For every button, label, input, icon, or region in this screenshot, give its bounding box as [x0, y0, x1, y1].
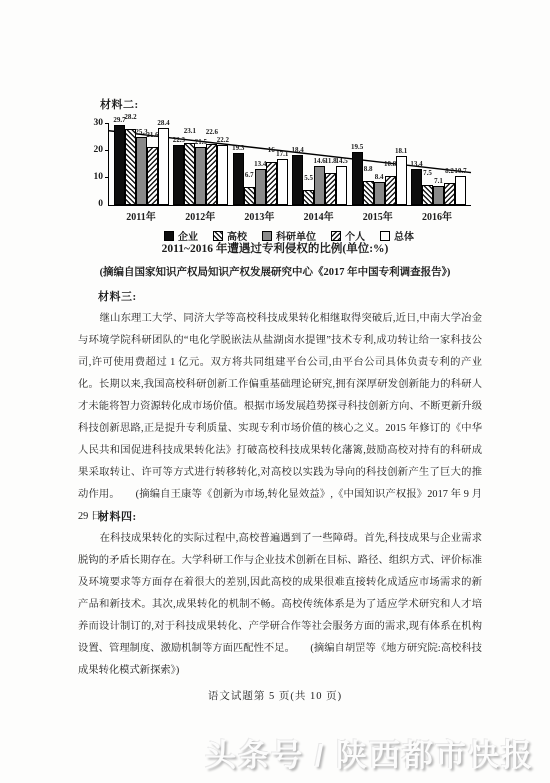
bar-value-label: 28.4 [157, 120, 169, 127]
bar-个人-2011年: 21.6 [147, 147, 158, 205]
bar-高校-2013年: 6.7 [244, 187, 255, 205]
x-axis-labels: 2011年2012年2013年2014年2015年2016年 [108, 208, 470, 223]
bar-value-label: 7.5 [423, 170, 432, 177]
material-2-section: 材料二: 010203029.728.225.321.628.422.323.1… [80, 96, 484, 243]
bar-group-2016年: 13.47.57.18.210.7 [411, 124, 466, 205]
bar-value-label: 14.5 [336, 158, 348, 165]
material-4-section: 材料四: 在科技成果转化的实际过程中,高校普遍遇到了一些障碍。首先,科技成果与企… [78, 506, 482, 682]
legend-swatch-企业 [164, 231, 174, 241]
bar-总体-2016年: 10.7 [455, 176, 466, 205]
bar-科研单位-2013年: 13.4 [255, 169, 266, 205]
bar-value-label: 6.7 [245, 172, 254, 179]
chart-source: (摘编自国家知识产权局知识产权发展研究中心《2017 年中国专利调查报告》) [0, 264, 550, 279]
bar-group-2013年: 19.36.713.41617.1 [233, 124, 288, 205]
bar-高校-2014年: 5.5 [303, 190, 314, 205]
material-3-paragraph: 继山东理工大学、同济大学等高校科技成果转化相继取得突破后,近日,中南大学冶金与环… [78, 308, 482, 528]
x-axis-label-2015年: 2015年 [350, 208, 406, 223]
bar-企业-2014年: 18.4 [292, 155, 303, 205]
bar-group-2011年: 29.728.225.321.628.4 [114, 124, 169, 205]
bar-value-label: 8.4 [375, 174, 384, 181]
chart-title: 2011~2016 年遭遇过专利侵权的比例(单位:%) [0, 240, 550, 256]
bar-value-label: 28.2 [124, 114, 136, 121]
x-axis-label-2014年: 2014年 [291, 208, 347, 223]
material-3-label: 材料三: [98, 286, 482, 308]
bar-个人-2013年: 16 [266, 162, 277, 205]
bar-总体-2015年: 18.1 [396, 156, 407, 205]
bar-group-2015年: 19.58.88.410.818.1 [352, 124, 407, 205]
bar-高校-2016年: 7.5 [422, 185, 433, 205]
bar-value-label: 23.1 [184, 128, 196, 135]
bar-科研单位-2015年: 8.4 [374, 182, 385, 205]
y-axis-tick-mark [105, 123, 109, 124]
material-2-label: 材料二: [100, 96, 484, 112]
bar-总体-2014年: 14.5 [336, 166, 347, 205]
bar-value-label: 21.6 [146, 132, 158, 139]
bar-value-label: 19.5 [351, 144, 363, 151]
material-3-text: 继山东理工大学、同济大学等高校科技成果转化相继取得突破后,近日,中南大学冶金与环… [78, 313, 482, 500]
bar-value-label: 21.5 [195, 139, 207, 146]
bar-value-label: 7.1 [434, 178, 443, 185]
watermark-text: 头条号 / 陕西都市快报 [205, 730, 534, 775]
legend-swatch-科研单位 [262, 231, 272, 241]
legend-swatch-高校 [213, 231, 223, 241]
bar-group-2014年: 18.45.514.611.814.5 [292, 124, 347, 205]
bar-总体-2012年: 22.2 [217, 145, 228, 205]
bar-value-label: 8.8 [364, 166, 373, 173]
bar-总体-2011年: 28.4 [158, 128, 169, 205]
x-axis-label-2013年: 2013年 [231, 208, 287, 223]
x-axis-label-2011年: 2011年 [113, 208, 169, 223]
bar-高校-2011年: 28.2 [125, 129, 136, 205]
bar-value-label: 8.2 [445, 168, 454, 175]
x-axis-label-2016年: 2016年 [409, 208, 465, 223]
y-axis-tick-mark [105, 177, 109, 178]
bar-value-label: 13.4 [254, 161, 266, 168]
bar-value-label: 5.5 [304, 175, 313, 182]
y-axis-tick-mark [105, 150, 109, 151]
bar-个人-2015年: 10.8 [385, 176, 396, 205]
bar-value-label: 13.4 [410, 161, 422, 168]
bar-group-2012年: 22.323.121.522.622.2 [173, 124, 228, 205]
page-footer: 语文试题第 5 页(共 10 页) [0, 688, 550, 703]
material-3-section: 材料三: 继山东理工大学、同济大学等高校科技成果转化相继取得突破后,近日,中南大… [78, 286, 482, 528]
material-4-text: 在科技成果转化的实际过程中,高校普遍遇到了一些障碍。首先,科技成果与企业需求脱钩… [78, 533, 482, 654]
y-axis-tick: 20 [85, 146, 103, 156]
bar-高校-2012年: 23.1 [184, 143, 195, 205]
bar-科研单位-2014年: 14.6 [314, 166, 325, 205]
x-axis-label-2012年: 2012年 [172, 208, 228, 223]
bar-总体-2013年: 17.1 [277, 159, 288, 205]
bar-value-label: 22.6 [206, 129, 218, 136]
bar-value-label: 18.1 [395, 148, 407, 155]
bar-企业-2012年: 22.3 [173, 145, 184, 205]
bar-value-label: 22.3 [173, 137, 185, 144]
bar-value-label: 22.2 [217, 137, 229, 144]
legend-swatch-个人 [331, 231, 341, 241]
bar-value-label: 10.7 [454, 168, 466, 175]
bar-企业-2013年: 19.3 [233, 153, 244, 205]
bar-value-label: 18.4 [292, 147, 304, 154]
material-4-label: 材料四: [98, 506, 482, 528]
bar-科研单位-2012年: 21.5 [195, 147, 206, 205]
bar-企业-2015年: 19.5 [352, 152, 363, 205]
bar-个人-2012年: 22.6 [206, 144, 217, 205]
bar-企业-2011年: 29.7 [114, 125, 125, 205]
bar-value-label: 10.8 [384, 161, 396, 168]
bar-科研单位-2011年: 25.3 [136, 137, 147, 205]
bar-科研单位-2016年: 7.1 [433, 186, 444, 205]
exam-page: 材料二: 010203029.728.225.321.628.422.323.1… [0, 0, 550, 783]
material-4-paragraph: 在科技成果转化的实际过程中,高校普遍遇到了一些障碍。首先,科技成果与企业需求脱钩… [78, 528, 482, 682]
bar-value-label: 17.1 [276, 151, 288, 158]
bar-个人-2014年: 11.8 [325, 173, 336, 205]
bar-企业-2016年: 13.4 [411, 169, 422, 205]
chart-plot-area: 010203029.728.225.321.628.422.323.121.52… [108, 124, 471, 206]
legend-swatch-总体 [380, 231, 390, 241]
bar-value-label: 19.3 [232, 145, 244, 152]
bar-高校-2015年: 8.8 [363, 181, 374, 205]
bar-value-label: 16 [268, 147, 275, 154]
patent-bar-chart: 010203029.728.225.321.628.422.323.121.52… [80, 124, 484, 243]
bar-个人-2016年: 8.2 [444, 183, 455, 205]
y-axis-tick: 10 [85, 173, 103, 183]
y-axis-tick: 0 [85, 200, 103, 210]
y-axis-tick: 30 [85, 119, 103, 129]
